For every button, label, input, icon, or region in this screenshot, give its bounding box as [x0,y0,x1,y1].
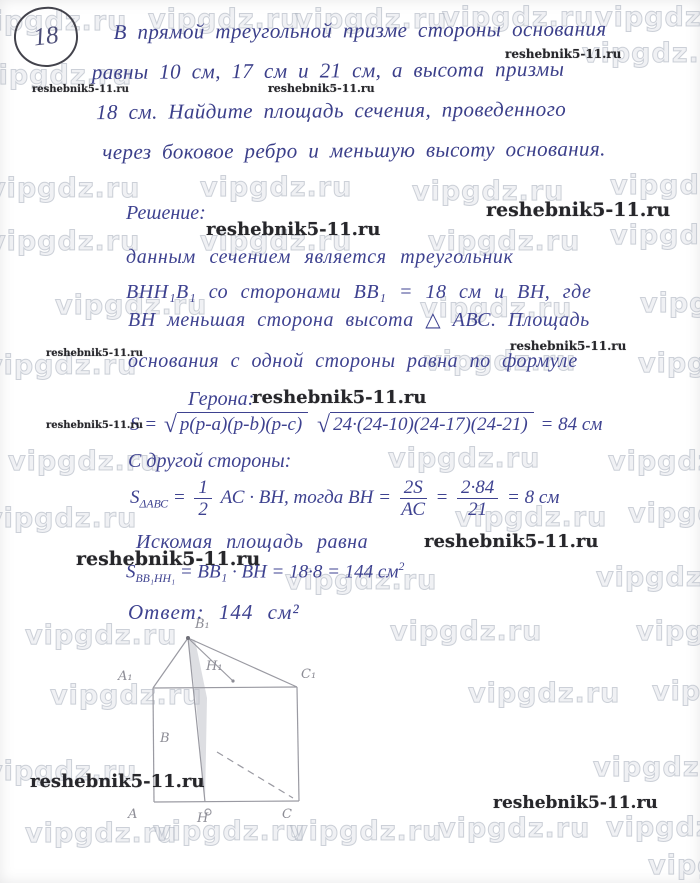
prism-figure: B₁A₁H₁C₁BAHC [100,612,360,832]
figure-label: H₁ [205,659,223,674]
vipgdz-watermark: vipgdz.ru [652,676,700,707]
fraction-denominator: 21 [457,499,498,519]
problem-line: через боковое ребро и меньшую высоту осн… [92,136,692,165]
vipgdz-watermark: vipgdz.ru [606,812,700,843]
solution-heading: Решение: [126,202,206,225]
fraction-numerator: 2S [400,478,427,499]
reshebnik-stamp: reshebnik5-11.ru [32,84,129,95]
vipgdz-watermark: vipgdz.ru [438,813,590,844]
figure-label: H [196,811,209,826]
reshebnik-stamp: reshebnik5-11.ru [252,387,426,408]
vertex-b1-dot [186,636,190,640]
solution-line: Герона: [188,388,254,411]
vipgdz-watermark: vipgdz.ru [390,616,542,647]
figure-label: A₁ [117,669,133,684]
fraction-numerator: 1 [194,478,212,499]
formula-result: = 84 см [541,414,603,435]
reshebnik-stamp: reshebnik5-11.ru [493,793,658,813]
fraction: 12 [194,478,212,519]
solution-line: основания с одной стороны равна по форму… [128,350,578,373]
formula-result: = 8 см [507,487,559,508]
formula-subscript: ΔАВС [140,498,169,511]
sqrt-icon: √ [164,412,177,438]
vipgdz-watermark: vipgdz.ru [640,288,700,319]
reshebnik-stamp: reshebnik5-11.ru [76,548,260,570]
problem-line: 18 см. Найдите площадь сечения, проведен… [92,96,692,125]
solution-line: данным сечением является треугольник [126,246,513,269]
fraction: 2SАС [400,478,427,519]
vipgdz-watermark: vipgdz.ru [638,348,700,379]
figure-label: A [127,807,137,822]
sqrt-icon: √ [317,412,330,438]
radicand: 24·(24-10)(24-17)(24-21) [330,412,534,435]
vipgdz-watermark: vipgdz.ru [636,616,700,647]
radicand: p(p-a)(p-b)(p-c) [177,412,308,435]
equals-sign: = [435,487,448,508]
vipgdz-watermark: vipgdz.ru [468,678,620,709]
edge-c1-c [297,687,299,801]
edge-b-c-dashed [217,752,293,798]
reshebnik-stamp: reshebnik5-11.ru [486,199,670,221]
vipgdz-watermark: vipgdz.ru [648,850,700,881]
fraction: 2·8421 [457,478,498,519]
reshebnik-stamp: reshebnik5-11.ru [510,339,626,353]
vipgdz-watermark: vipgdz.ru [0,226,140,257]
fraction-denominator: 2 [194,499,212,519]
vipgdz-watermark: vipgdz.ru [610,220,700,251]
edge-a-c [154,801,299,802]
reshebnik-stamp: reshebnik5-11.ru [30,771,204,792]
reshebnik-stamp: reshebnik5-11.ru [206,219,380,240]
vertex-h1-dot [231,679,234,682]
figure-label: B₁ [194,617,210,632]
formula-middle: АС · ВН, тогда ВН = [221,487,391,508]
fraction-numerator: 2·84 [457,478,498,499]
vipgdz-watermark: vipgdz.ru [608,446,700,477]
reshebnik-stamp: reshebnik5-11.ru [424,531,598,552]
fraction-denominator: АС [400,499,427,519]
vipgdz-watermark: vipgdz.ru [388,443,540,474]
vipgdz-watermark: vipgdz.ru [596,562,700,593]
scanned-solution-page: vipgdz.ruvipgdz.ruvipgdz.ruvipgdz.ruvipg… [0,0,700,883]
solution-line: ВНН₁В₁ со сторонами ВВ₁ = 18 см и ВН, гд… [126,281,591,304]
heron-formula: S = √p(p-a)(p-b)(p-c) √24·(24-10)(24-17)… [130,412,602,439]
reshebnik-stamp: reshebnik5-11.ru [46,420,143,431]
reshebnik-stamp: reshebnik5-11.ru [505,47,621,61]
formula-superscript: 2 [398,560,404,573]
figure-label: C₁ [301,667,316,682]
problem-number: 18 [32,22,60,53]
edge-a1-c1 [153,687,297,688]
figure-label: C [282,807,292,822]
vipgdz-watermark: vipgdz.ru [628,498,700,529]
reshebnik-stamp: reshebnik5-11.ru [46,348,143,359]
equals-sign: = [173,487,186,508]
problem-line: В прямой треугольной призме стороны осно… [91,16,691,45]
area-formula: SΔАВС = 12 АС · ВН, тогда ВН = 2SАС = 2·… [130,478,559,519]
edge-b1-a1 [153,638,188,688]
formula-subscript: ВВ₁НН₁ [136,572,176,585]
sqrt-expression: √p(p-a)(p-b)(p-c) [164,412,308,439]
solution-line: ВН меньшая сторона высота △ АВС. Площадь [128,307,590,332]
vipgdz-watermark: vipgdz.ru [593,752,700,783]
sqrt-expression: √24·(24-10)(24-17)(24-21) [317,412,534,439]
problem-statement: В прямой треугольной призме стороны осно… [91,16,692,180]
solution-line: С другой стороны: [128,450,291,473]
figure-label: B [159,731,170,746]
formula-lhs: S [130,487,140,508]
vipgdz-watermark: vipgdz.ru [0,503,137,534]
edge-b1-c1 [188,638,297,687]
reshebnik-stamp: reshebnik5-11.ru [268,82,375,95]
